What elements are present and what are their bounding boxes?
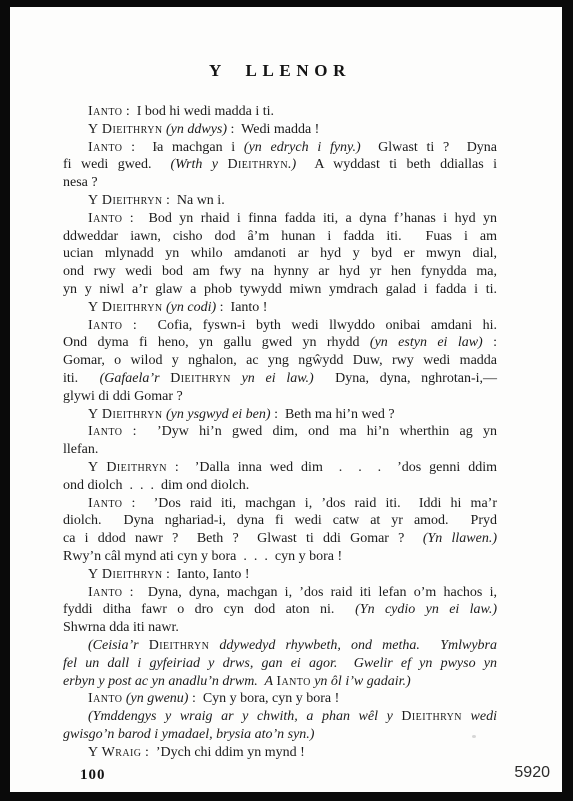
speaker-name: Ianto — [88, 104, 122, 119]
speaker-name: Dieithryn — [149, 638, 210, 653]
stage-direction: (Yn llawen.) — [423, 531, 497, 546]
speaker-name: Y Dieithryn — [88, 407, 162, 422]
stage-direction: erbyn y post ac yn anadlu’n drwm. A — [63, 674, 276, 689]
dialogue-text: : Ianto, Ianto ! — [162, 567, 249, 582]
dialogue-text: fyddi ditha fawr o dro cyn dod aton ni. — [63, 602, 355, 617]
text-line: llefan. — [63, 441, 497, 459]
dialogue-text: nesa ? — [63, 175, 98, 190]
text-line: Y Dieithryn : ’Dalla inna wed dim . . . … — [63, 459, 497, 477]
dialogue-text: : Ia machgan i — [122, 140, 244, 155]
text-line: ca i ddod nawr ? Beth ? Glwast ti ddi Go… — [63, 530, 497, 548]
stage-direction: (Wrth y — [170, 157, 227, 172]
dialogue-text: diolch. Dyna nghariad-i, dyna fi wedi ca… — [63, 513, 497, 528]
text-line: yn y niwl a’r glaw a phob tywydd miwn ym… — [63, 281, 497, 299]
dialogue-text: fi wedi gwed. — [63, 157, 170, 172]
text-line: nesa ? — [63, 174, 497, 192]
speaker-name: Ianto — [88, 424, 122, 439]
text-line: Ianto (yn gwenu) : Cyn y bora, cyn y bor… — [63, 690, 497, 708]
dialogue-text: : Dyna, dyna, machgan i, ’dos raid iti l… — [122, 585, 497, 600]
text-line: Y Dieithryn : Ianto, Ianto ! — [63, 566, 497, 584]
stage-direction: (Gafaela’r — [100, 371, 171, 386]
text-line: fi wedi gwed. (Wrth y Dieithryn.) A wydd… — [63, 156, 497, 174]
dialogue-text: ddweddar iawn, cisho dod â’m hunan i fad… — [63, 229, 497, 244]
scanned-book-page: Y LLENOR Ianto : I bod hi wedi madda i t… — [0, 0, 573, 801]
text-line: fel un dall i gyfeiriad y drws, gan ei a… — [63, 655, 497, 673]
stage-direction: (yn edrych i fyny.) — [244, 140, 361, 155]
text-line: (Ymddengys y wraig ar y chwith, a phan w… — [63, 708, 497, 726]
dialogue-text: : I bod hi wedi madda i ti. — [122, 104, 274, 119]
text-line: ond rwy wedi bod am fwy na hynny ar hyd … — [63, 263, 497, 281]
scan-speck — [472, 735, 476, 738]
stage-direction: yn ei law.) — [231, 371, 314, 386]
stage-direction: (Yn cydio yn ei law.) — [355, 602, 497, 617]
speaker-name: Ianto — [276, 674, 310, 689]
speaker-name: Y Dieithryn — [88, 122, 162, 137]
speaker-name: Y Dieithryn — [88, 460, 167, 475]
dialogue-text: Rwy’n câl mynd ati cyn y bora . . . cyn … — [63, 549, 342, 564]
speaker-name: Dieithryn — [401, 709, 462, 724]
text-line: Y Dieithryn (yn ysgwyd ei ben) : Beth ma… — [63, 406, 497, 424]
text-line: Ianto : Ia machgan i (yn edrych i fyny.)… — [63, 139, 497, 157]
dialogue-text: : Bod yn rhaid i finna fadda iti, a dyna… — [122, 211, 497, 226]
stage-direction: (yn gwenu) — [126, 691, 189, 706]
text-line: Ianto : Dyna, dyna, machgan i, ’dos raid… — [63, 584, 497, 602]
page-number: 100 — [80, 767, 106, 784]
dialogue-text: Gomar, o wilod y nghalon, ac yng ngŵydd … — [63, 353, 497, 368]
dialogue-text: glywi di ddi Gomar ? — [63, 389, 183, 404]
stage-direction: (Ceisia’r — [88, 638, 149, 653]
text-line: Gomar, o wilod y nghalon, ac yng ngŵydd … — [63, 352, 497, 370]
text-line: Y Dieithryn (yn codi) : Ianto ! — [63, 299, 497, 317]
text-line: (Ceisia’r Dieithryn ddywedyd rhywbeth, o… — [63, 637, 497, 655]
text-line: Y Dieithryn : Na wn i. — [63, 192, 497, 210]
stage-direction: yn ôl i’w gadair.) — [311, 674, 411, 689]
text-line: gwisgo’n barod i ymadael, brysia ato’n s… — [63, 726, 497, 744]
text-line: ucian mlynadd yn whilo amdanoti ar hyd y… — [63, 245, 497, 263]
text-line: Y Wraig : ’Dych chi ddim yn mynd ! — [63, 744, 497, 762]
dialogue-text: : Cofia, fyswn-i byth wedi llwyddo oniba… — [122, 318, 497, 333]
speaker-name: Ianto — [88, 496, 122, 511]
speaker-name: Y Dieithryn — [88, 567, 162, 582]
text-line: Shwrna dda iti nawr. — [63, 619, 497, 637]
speaker-name: Ianto — [88, 140, 122, 155]
text-line: Ianto : I bod hi wedi madda i ti. — [63, 103, 497, 121]
dialogue-text: ond rwy wedi bod am fwy na hynny ar hyd … — [63, 264, 497, 279]
stage-direction: gwisgo’n barod i ymadael, brysia ato’n s… — [63, 727, 314, 742]
text-line: ddweddar iawn, cisho dod â’m hunan i fad… — [63, 228, 497, 246]
text-line: ond diolch . . . dim ond diolch. — [63, 477, 497, 495]
text-line: fyddi ditha fawr o dro cyn dod aton ni. … — [63, 601, 497, 619]
text-line: Rwy’n câl mynd ati cyn y bora . . . cyn … — [63, 548, 497, 566]
dialogue-text: Dyna, dyna, nghrotan-i,— — [314, 371, 497, 386]
text-line: erbyn y post ac yn anadlu’n drwm. A Iant… — [63, 673, 497, 691]
dialogue-text: llefan. — [63, 442, 98, 457]
stage-direction: (yn ddwys) — [166, 122, 227, 137]
text-line: Ianto : ’Dyw hi’n gwed dim, ond ma hi’n … — [63, 423, 497, 441]
speaker-name: Ianto — [88, 211, 122, 226]
dialogue-text: ond diolch . . . dim ond diolch. — [63, 478, 249, 493]
book-page: Y LLENOR Ianto : I bod hi wedi madda i t… — [10, 7, 562, 792]
dialogue-text: : Cyn y bora, cyn y bora ! — [188, 691, 339, 706]
stage-direction: (yn ysgwyd ei ben) — [166, 407, 271, 422]
page-title: Y LLENOR — [63, 61, 497, 81]
speaker-name: Y Wraig — [88, 745, 141, 760]
text-line: Ianto : ’Dos raid iti, machgan i, ’dos r… — [63, 495, 497, 513]
dialogue-text: yn y niwl a’r glaw a phob tywydd miwn ym… — [63, 282, 497, 297]
text-line: Ianto : Cofia, fyswn-i byth wedi llwyddo… — [63, 317, 497, 335]
speaker-name: Dieithryn — [170, 371, 231, 386]
dialogue-text: : ’Dych chi ddim yn mynd ! — [141, 745, 304, 760]
stage-direction: (yn estyn ei law) — [370, 335, 483, 350]
speaker-name: Y Dieithryn — [88, 300, 162, 315]
dialogue-text: : — [483, 335, 497, 350]
dialogue-text: ca i ddod nawr ? Beth ? Glwast ti ddi Go… — [63, 531, 423, 546]
speaker-name: Y Dieithryn — [88, 193, 162, 208]
text-line: diolch. Dyna nghariad-i, dyna fi wedi ca… — [63, 512, 497, 530]
dialogue-text: : Na wn i. — [162, 193, 224, 208]
stage-direction: (Ymddengys y wraig ar y chwith, a phan w… — [88, 709, 401, 724]
stage-direction: (yn codi) — [166, 300, 216, 315]
dialogue-text: iti. — [63, 371, 100, 386]
dialogue-text: : Wedi madda ! — [227, 122, 319, 137]
dialogue-text: Shwrna dda iti nawr. — [63, 620, 179, 635]
stage-direction: .) — [288, 157, 296, 172]
text-line: Y Dieithryn (yn ddwys) : Wedi madda ! — [63, 121, 497, 139]
dialogue-text: Ond dyma fi heno, yn gallu gwed yn rhydd — [63, 335, 370, 350]
stage-direction: ddywedyd rhywbeth, ond metha. Ymlwybra — [209, 638, 497, 653]
dialogue-text: : Ianto ! — [216, 300, 267, 315]
dialogue-text: : Beth ma hi’n wed ? — [271, 407, 395, 422]
dialogue-text: : ’Dalla inna wed dim . . . ’dos genni d… — [167, 460, 497, 475]
dialogue-text: A wyddast ti beth ddiallas i — [296, 157, 497, 172]
dialogue-text: : ’Dos raid iti, machgan i, ’dos raid it… — [122, 496, 497, 511]
speaker-name: Ianto — [88, 585, 122, 600]
stage-direction: fel un dall i gyfeiriad y drws, gan ei a… — [63, 656, 497, 671]
dialogue-text: ucian mlynadd yn whilo amdanoti ar hyd y… — [63, 246, 497, 261]
speaker-name: Ianto — [88, 318, 122, 333]
dialogue-text: Glwast ti ? Dyna — [361, 140, 497, 155]
text-line: Ond dyma fi heno, yn gallu gwed yn rhydd… — [63, 334, 497, 352]
serial-number: 5920 — [514, 764, 550, 782]
scan-speck — [155, 146, 158, 149]
text-line: iti. (Gafaela’r Dieithryn yn ei law.) Dy… — [63, 370, 497, 388]
stage-direction: wedi — [462, 709, 497, 724]
dialogue-text-block: Ianto : I bod hi wedi madda i ti.Y Dieit… — [63, 103, 497, 761]
speaker-name: Ianto — [88, 691, 122, 706]
speaker-name: Dieithryn — [227, 157, 288, 172]
dialogue-text: : ’Dyw hi’n gwed dim, ond ma hi’n wherth… — [122, 424, 497, 439]
text-line: Ianto : Bod yn rhaid i finna fadda iti, … — [63, 210, 497, 228]
text-line: glywi di ddi Gomar ? — [63, 388, 497, 406]
